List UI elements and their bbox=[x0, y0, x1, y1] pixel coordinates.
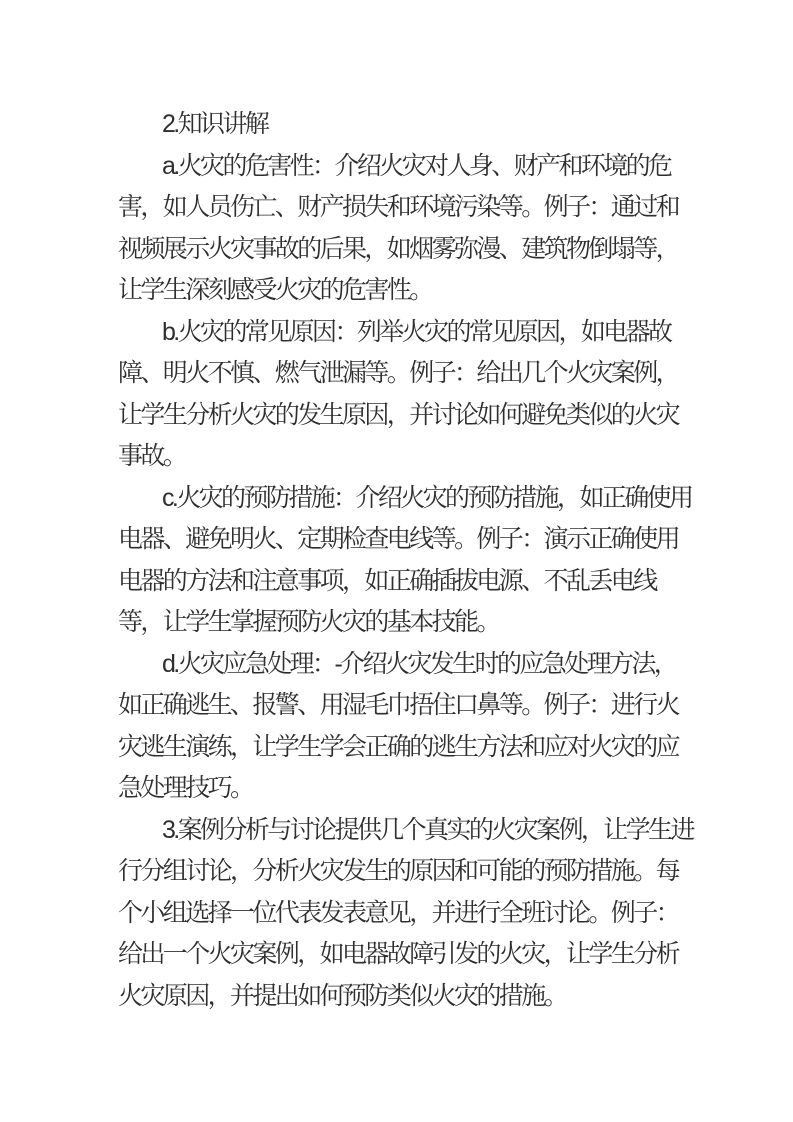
text-line: 3.案例分析与讨论提供几个真实的火灾案例，让学生进 bbox=[118, 810, 680, 852]
text-line: 让学生分析火灾的发生原因，并讨论如何避免类似的火灾 bbox=[118, 395, 680, 437]
document-page: 2.知识讲解a.火灾的危害性：介绍火灾对人身、财产和环境的危害，如人员伤亡、财产… bbox=[0, 0, 793, 1122]
text-block: 2.知识讲解a.火灾的危害性：介绍火灾对人身、财产和环境的危害，如人员伤亡、财产… bbox=[118, 104, 680, 1017]
text-line: 个小组选择一位代表发表意见，并进行全班讨论。例子： bbox=[118, 893, 680, 935]
text-line: 急处理技巧。 bbox=[118, 768, 680, 810]
text-line: 电器的方法和注意事项，如正确插拔电源、不乱丢电线 bbox=[118, 561, 680, 603]
text-line: 事故。 bbox=[118, 436, 680, 478]
text-line: a.火灾的危害性：介绍火灾对人身、财产和环境的危 bbox=[118, 146, 680, 188]
text-line: 障、明火不慎、燃气泄漏等。例子：给出几个火灾案例， bbox=[118, 353, 680, 395]
text-line: 让学生深刻感受火灾的危害性。 bbox=[118, 270, 680, 312]
text-line: 给出一个火灾案例，如电器故障引发的火灾，让学生分析 bbox=[118, 934, 680, 976]
text-line: 视频展示火灾事故的后果，如烟雾弥漫、建筑物倒塌等， bbox=[118, 229, 680, 271]
text-line: 等，让学生掌握预防火灾的基本技能。 bbox=[118, 602, 680, 644]
text-line: 火灾原因，并提出如何预防类似火灾的措施。 bbox=[118, 976, 680, 1018]
text-line: 灾逃生演练，让学生学会正确的逃生方法和应对火灾的应 bbox=[118, 727, 680, 769]
text-line: 害，如人员伤亡、财产损失和环境污染等。例子：通过和 bbox=[118, 187, 680, 229]
text-line: 如正确逃生、报警、用湿毛巾捂住口鼻等。例子：进行火 bbox=[118, 685, 680, 727]
text-line: b.火灾的常见原因：列举火灾的常见原因，如电器故 bbox=[118, 312, 680, 354]
text-line: 电器、避免明火、定期检查电线等。例子：演示正确使用 bbox=[118, 519, 680, 561]
text-line: c.火灾的预防措施：介绍火灾的预防措施，如正确使用 bbox=[118, 478, 680, 520]
text-line: 2.知识讲解 bbox=[118, 104, 680, 146]
text-line: d.火灾应急处理：-介绍火灾发生时的应急处理方法， bbox=[118, 644, 680, 686]
text-line: 行分组讨论，分析火灾发生的原因和可能的预防措施。每 bbox=[118, 851, 680, 893]
